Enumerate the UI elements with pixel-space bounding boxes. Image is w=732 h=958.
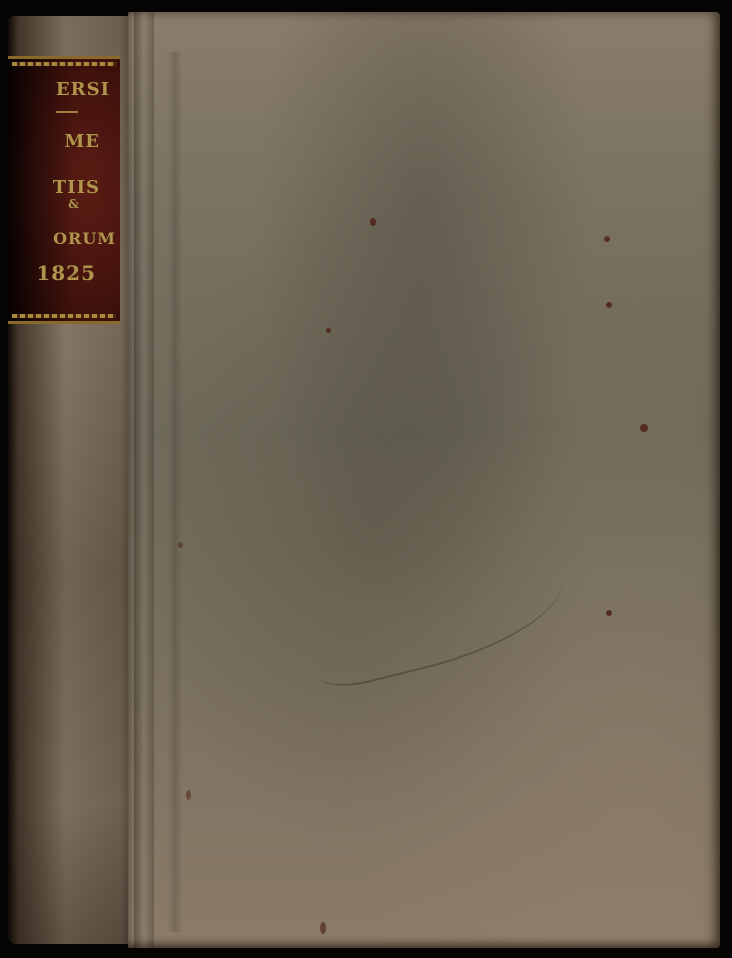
cover-hinge	[134, 12, 154, 948]
stain-spot	[606, 610, 612, 616]
stain-spot	[370, 218, 376, 226]
gilt-fillet-bottom	[12, 314, 116, 318]
cover-crease	[168, 52, 182, 932]
stain-spot	[186, 790, 191, 800]
front-cover	[128, 12, 720, 948]
stain-spot	[320, 922, 326, 934]
gilt-fillet-top	[12, 62, 116, 66]
spine-rule	[56, 111, 78, 113]
book-spine: ERSI ME TIIS & ORUM 1825	[8, 16, 136, 944]
spine-label: ERSI ME TIIS & ORUM 1825	[8, 56, 120, 324]
spine-title-line-2: TIIS	[8, 177, 120, 198]
spine-ampersand: &	[8, 197, 120, 211]
book: ERSI ME TIIS & ORUM 1825	[8, 12, 720, 948]
spine-title-line-1: ME	[8, 131, 120, 152]
stain-spot	[606, 302, 612, 308]
spine-year: 1825	[8, 261, 120, 285]
stain-spot	[604, 236, 610, 242]
stain-spot	[178, 542, 183, 548]
stain-spot	[326, 328, 331, 333]
spine-author: ERSI	[8, 79, 120, 100]
spine-title-line-3: ORUM	[8, 229, 120, 248]
stain-spot	[640, 424, 648, 432]
